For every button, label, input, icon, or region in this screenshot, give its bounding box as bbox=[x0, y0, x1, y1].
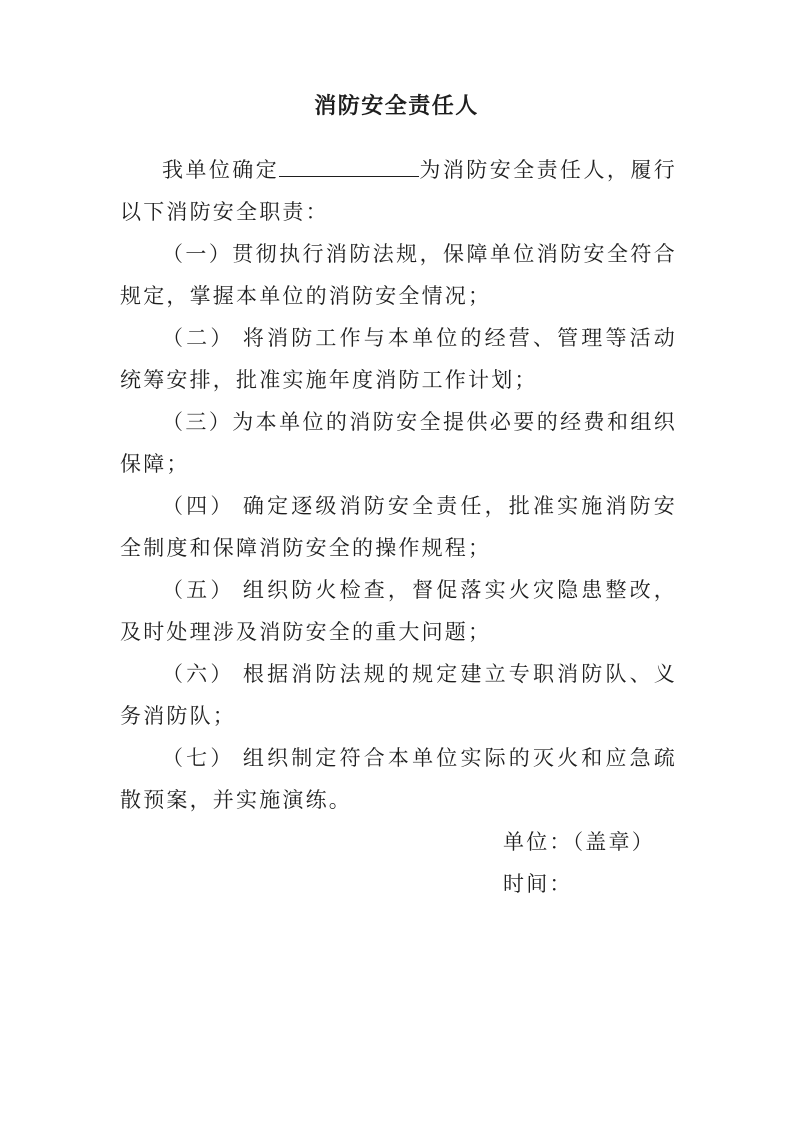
responsible-person-blank bbox=[279, 155, 419, 177]
document-body: 我单位确定为消防安全责任人，履行以下消防安全职责： （一）贯彻执行消防法规，保障… bbox=[120, 149, 677, 905]
duty-item-2: （二） 将消防工作与本单位的经营、管理等活动统筹安排，批准实施年度消防工作计划； bbox=[120, 317, 677, 401]
duty-item-3: （三）为本单位的消防安全提供必要的经费和组织保障； bbox=[120, 401, 677, 485]
intro-text-before-blank: 我单位确定 bbox=[162, 158, 279, 182]
duty-item-6: （六） 根据消防法规的规定建立专职消防队、义务消防队； bbox=[120, 653, 677, 737]
duty-item-5: （五） 组织防火检查，督促落实火灾隐患整改，及时处理涉及消防安全的重大问题； bbox=[120, 569, 677, 653]
intro-paragraph: 我单位确定为消防安全责任人，履行以下消防安全职责： bbox=[120, 149, 677, 233]
unit-seal-line: 单位：（盖章） bbox=[503, 821, 677, 863]
duty-item-1: （一）贯彻执行消防法规，保障单位消防安全符合规定，掌握本单位的消防安全情况； bbox=[120, 233, 677, 317]
time-line: 时间： bbox=[503, 863, 677, 905]
duty-item-7: （七） 组织制定符合本单位实际的灭火和应急疏散预案，并实施演练。 bbox=[120, 737, 677, 821]
document-title: 消防安全责任人 bbox=[0, 91, 793, 121]
document-page: 消防安全责任人 我单位确定为消防安全责任人，履行以下消防安全职责： （一）贯彻执… bbox=[0, 0, 793, 1122]
signature-block: 单位：（盖章） 时间： bbox=[503, 821, 677, 905]
duty-item-4: （四） 确定逐级消防安全责任，批准实施消防安全制度和保障消防安全的操作规程； bbox=[120, 485, 677, 569]
